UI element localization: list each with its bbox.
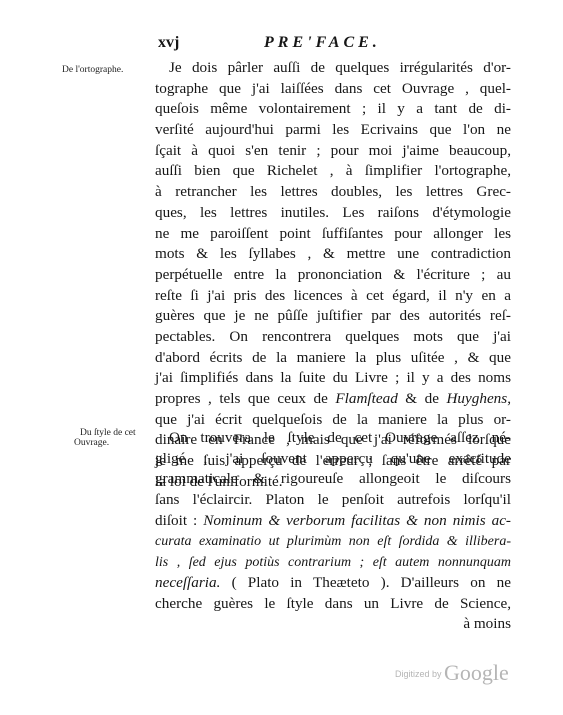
text-span: & de xyxy=(398,390,447,407)
text-line: Je dois pârler auſſi de quelques irrégul… xyxy=(155,58,511,79)
latin-quote: lis , ſed ejus potiùs contrarium ; eſt a… xyxy=(155,555,511,570)
text-line: On trouvera le ſtyle de cet Ouvrage aſſe… xyxy=(155,428,511,449)
text-line: grammaticale & rigoureuſe allongeoit le … xyxy=(155,469,511,490)
text-line: mots & les ſyllabes , & mettre une contr… xyxy=(155,244,511,265)
margin-note-line: Du ſtyle de cet xyxy=(80,428,136,438)
text-line: ques, les lettres inutiles. Les raiſons … xyxy=(155,203,511,224)
margin-note-style: Du ſtyle de cet Ouvrage. xyxy=(80,428,136,448)
page-number: xvj xyxy=(158,34,179,52)
margin-note-ortographe: De l'ortographe. xyxy=(62,65,123,75)
margin-note-line: Ouvrage. xyxy=(74,438,136,448)
text-line: à retrancher les lettres doubles, les le… xyxy=(155,182,511,203)
latin-quote: neceſſaria. xyxy=(155,574,220,591)
text-span: propres , tels que ceux de xyxy=(155,390,335,407)
text-span: , xyxy=(507,390,511,407)
paragraph-style: On trouvera le ſtyle de cet Ouvrage aſſe… xyxy=(155,428,511,635)
latin-quote: Nominum & verborum facilitas & non nimis… xyxy=(203,512,511,529)
text-line: ne me paroiſſent point ſuffiſantes pour … xyxy=(155,224,511,245)
latin-quote: curata examinatio ut plurimùm non eſt ſo… xyxy=(155,534,511,549)
text-line: propres , tels que ceux de Flamſtead & d… xyxy=(155,389,511,410)
running-title: PRE'FACE. xyxy=(264,34,381,52)
text-line: guères que je ne pûſſe juſtifier par des… xyxy=(155,306,511,327)
text-line: diſoit : Nominum & verborum facilitas & … xyxy=(155,511,511,532)
text-line: gligé ; j'ai ſouvent apperçu qu'une exac… xyxy=(155,449,511,470)
text-line: lis , ſed ejus potiùs contrarium ; eſt a… xyxy=(155,552,511,573)
page-header: xvj PRE'FACE. xyxy=(0,34,563,56)
text-line: verſité aujourd'hui parmi les Ecrivains … xyxy=(155,120,511,141)
text-line: j'ai ſimplifiés dans la ſuite du Livre ;… xyxy=(155,368,511,389)
text-line: ſçait à quoi s'en tenir ; pour moi j'aim… xyxy=(155,141,511,162)
proper-name: Flamſtead xyxy=(335,390,397,407)
text-span: ( Plato in Theæteto ). D'ailleurs on ne xyxy=(220,574,511,591)
watermark-small-text: Digitized by xyxy=(395,669,444,679)
proper-name: Huyghens xyxy=(446,390,507,407)
text-line: pectables. On rencontrera quelques mots … xyxy=(155,327,511,348)
text-line: curata examinatio ut plurimùm non eſt ſo… xyxy=(155,531,511,552)
text-line: ſans l'éclaircir. Platon le penſoit autr… xyxy=(155,490,511,511)
book-page: xvj PRE'FACE. De l'ortographe. Du ſtyle … xyxy=(0,0,563,715)
text-line: perpétuelle entre la prononciation & l'é… xyxy=(155,265,511,286)
text-span: diſoit : xyxy=(155,512,203,529)
text-line: tographe que j'ai laiſſées dans cet Ouvr… xyxy=(155,79,511,100)
google-logo-text: Google xyxy=(444,660,509,685)
text-line: d'abord écrits de la maniere la plus uſi… xyxy=(155,348,511,369)
text-line: queſois même volontairement ; il y a tan… xyxy=(155,99,511,120)
digitized-by-google-watermark: Digitized by Google xyxy=(395,660,509,686)
text-line: auſſi bien que Richelet , à ſimplifier l… xyxy=(155,161,511,182)
catchword: à moins xyxy=(155,614,511,635)
text-line: neceſſaria. ( Plato in Theæteto ). D'ail… xyxy=(155,573,511,594)
text-line: reſte ſi j'ai pris des licences à cet ég… xyxy=(155,286,511,307)
text-line: cherche guères le ſtyle dans un Livre de… xyxy=(155,594,511,615)
